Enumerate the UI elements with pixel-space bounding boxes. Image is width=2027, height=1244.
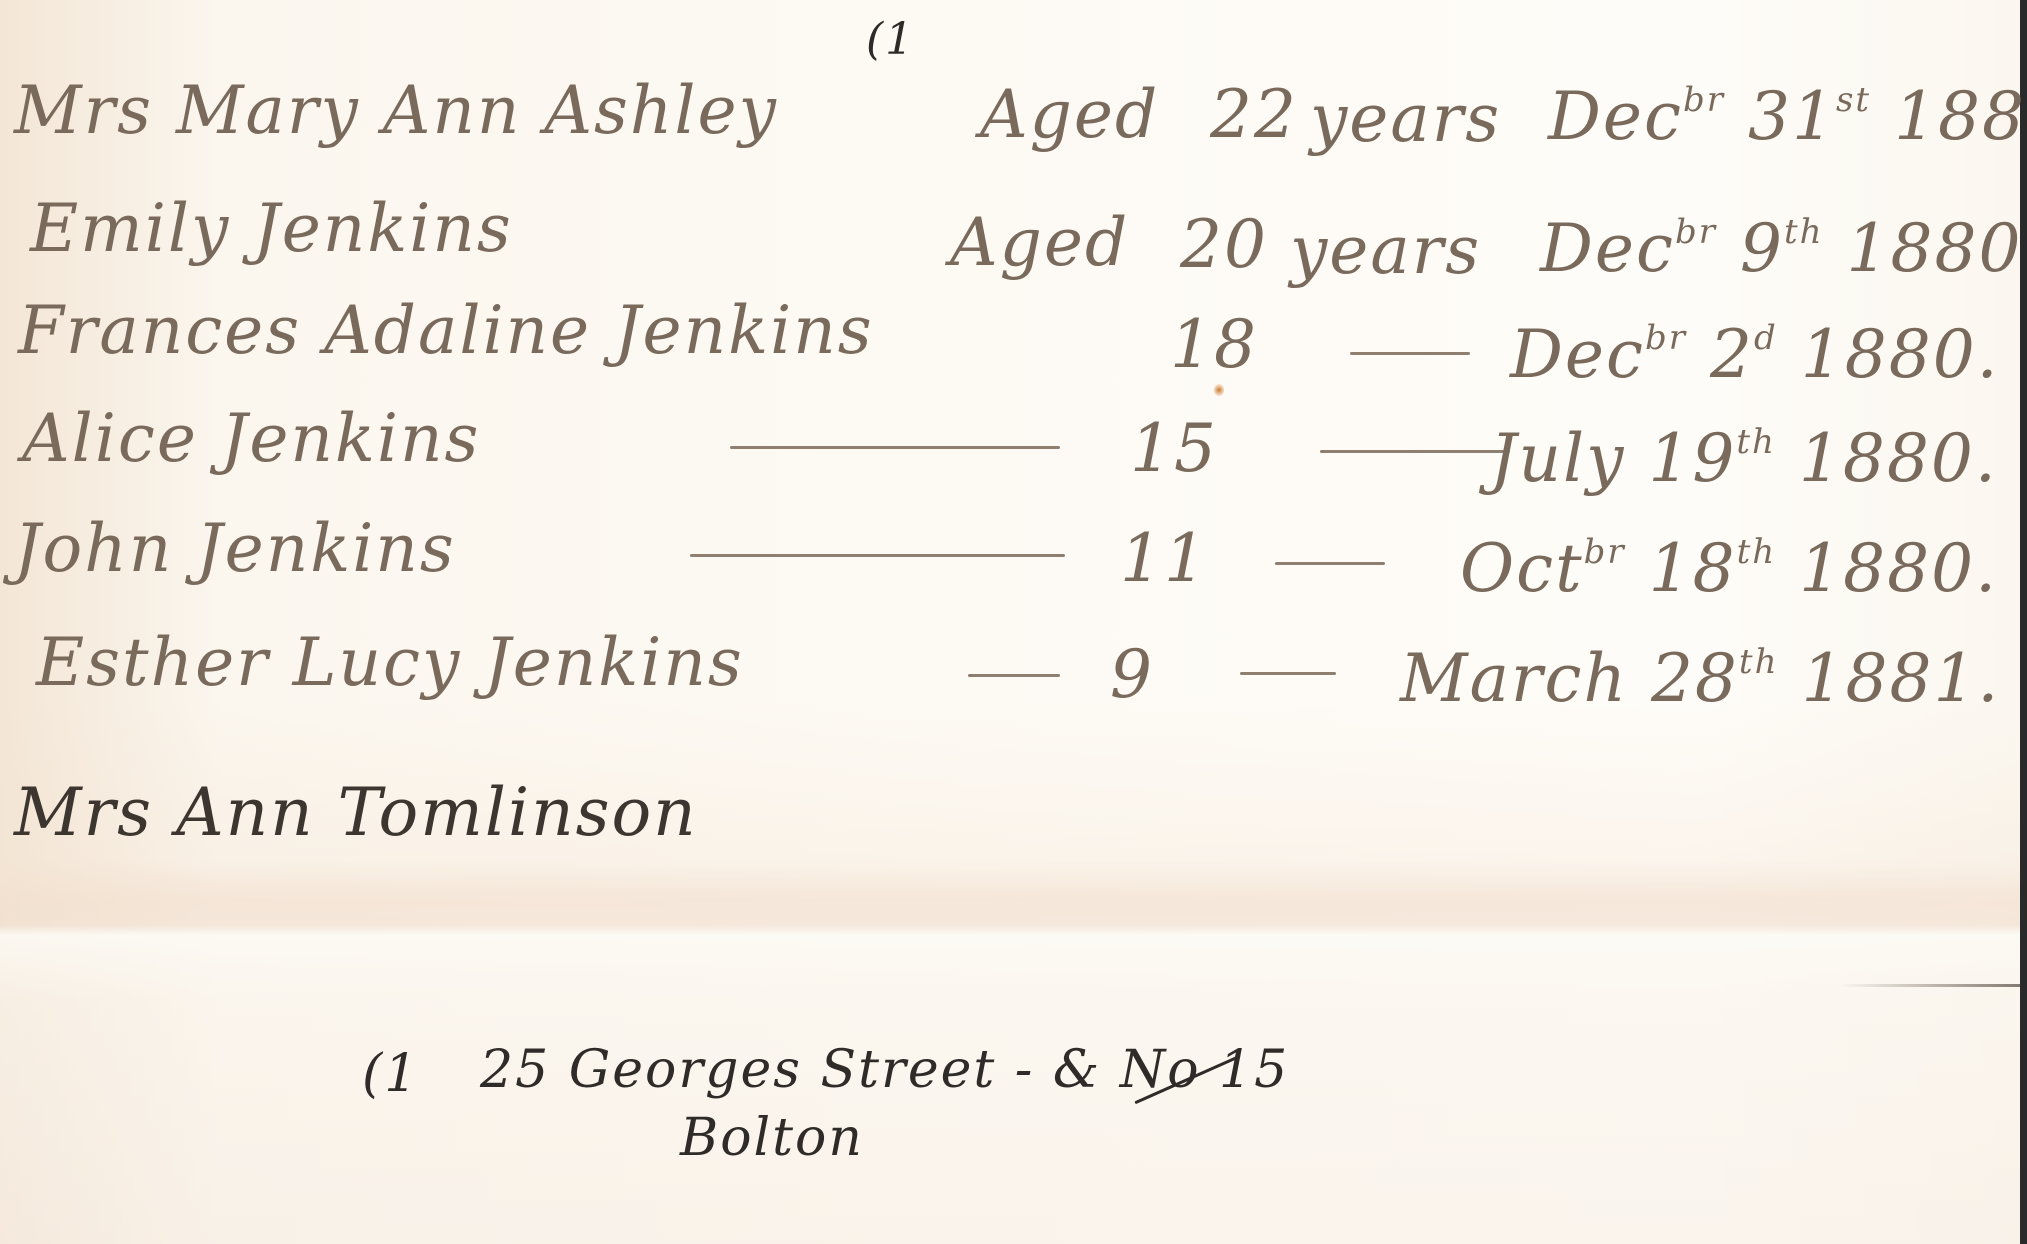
entry-date-year: 1880 — [1894, 78, 2027, 155]
entry-date-day: 2 — [1710, 316, 1754, 393]
entry-date-year: 1880. — [1799, 420, 1998, 497]
entry-date-month: Oct — [1460, 530, 1584, 607]
entry-age: 11 — [1120, 520, 1208, 597]
entry-date-day-sup: th — [1784, 212, 1824, 252]
separator-dash — [690, 554, 1065, 557]
entry-date-day: 18 — [1649, 530, 1737, 607]
entry-name: Mrs Mary Ann Ashley — [14, 72, 778, 149]
entry-date-month: July — [1490, 420, 1625, 497]
entry-date-month-sup: br — [1645, 318, 1687, 358]
entry-date-month: Dec — [1548, 78, 1683, 155]
entry-name: John Jenkins — [14, 510, 456, 587]
entry-date: Decbr 2d 1880. — [1510, 316, 2000, 393]
entry-date-month-sup: br — [1584, 532, 1626, 572]
entry-date-day: 19 — [1648, 420, 1736, 497]
entry-name: Alice Jenkins — [22, 400, 480, 477]
entry-date-day-sup: th — [1737, 532, 1777, 572]
entry-date-day: 28 — [1651, 640, 1739, 717]
entry-age: 18 — [1170, 306, 1258, 383]
entry-age: 15 — [1130, 410, 1218, 487]
entry-date-day-sup: st — [1836, 80, 1871, 120]
entry-age: 9 — [1110, 636, 1154, 713]
entry-age: 20 — [1180, 206, 1268, 283]
ink-stain — [1214, 384, 1224, 396]
entry-age-label: Aged — [980, 76, 1159, 153]
footnote-marker: (1 — [362, 1044, 419, 1104]
separator-dash — [1320, 450, 1510, 453]
entry-date-month-sup: br — [1683, 80, 1725, 120]
entry-name: Esther Lucy Jenkins — [36, 624, 744, 701]
entry-age-label: Aged — [950, 204, 1129, 281]
entry-age-unit: years — [1310, 80, 1501, 157]
entry-date-year: 1880. — [1847, 210, 2027, 287]
entry-date: March 28th 1881. — [1400, 640, 2000, 717]
separator-dash — [1275, 562, 1385, 565]
entry-name: Emily Jenkins — [30, 190, 513, 267]
entry-age: 22 — [1210, 76, 1298, 153]
entry-age-unit: years — [1290, 212, 1481, 289]
entry-date: Octbr 18th 1880. — [1460, 530, 1998, 607]
entry-date-month: Dec — [1510, 316, 1645, 393]
entry-date: Decbr 31st 1880 — [1548, 78, 2027, 155]
entry-date-day: 9 — [1740, 210, 1784, 287]
entry-date-month: Dec — [1540, 210, 1675, 287]
entry-name: Frances Adaline Jenkins — [18, 292, 874, 369]
entry-date-year: 1880. — [1801, 316, 2000, 393]
entry-date-day-sup: th — [1736, 422, 1776, 462]
entry-date-month-sup: br — [1675, 212, 1717, 252]
entry-date-day: 31 — [1748, 78, 1836, 155]
footnote-address-line: 25 Georges Street - & No 15 — [480, 1040, 1289, 1100]
entry-date-day-sup: th — [1739, 642, 1779, 682]
entry-date-month: March — [1400, 640, 1628, 717]
entry-date: Decbr 9th 1880. — [1540, 210, 2027, 287]
fold-crease — [1840, 984, 2020, 987]
scan-edge — [2020, 0, 2027, 1244]
entry-date-day-sup: d — [1754, 318, 1778, 358]
separator-dash — [968, 674, 1060, 677]
footnote-marker-top: (1 — [866, 14, 915, 65]
separator-dash — [1240, 672, 1336, 675]
footnote-city: Bolton — [680, 1108, 864, 1168]
entry-date: July 19th 1880. — [1490, 420, 1998, 497]
entry-name: Mrs Ann Tomlinson — [14, 774, 698, 851]
entry-date-year: 1881. — [1801, 640, 2000, 717]
entry-date-year: 1880. — [1799, 530, 1998, 607]
separator-dash — [1350, 352, 1470, 355]
separator-dash — [730, 446, 1060, 449]
